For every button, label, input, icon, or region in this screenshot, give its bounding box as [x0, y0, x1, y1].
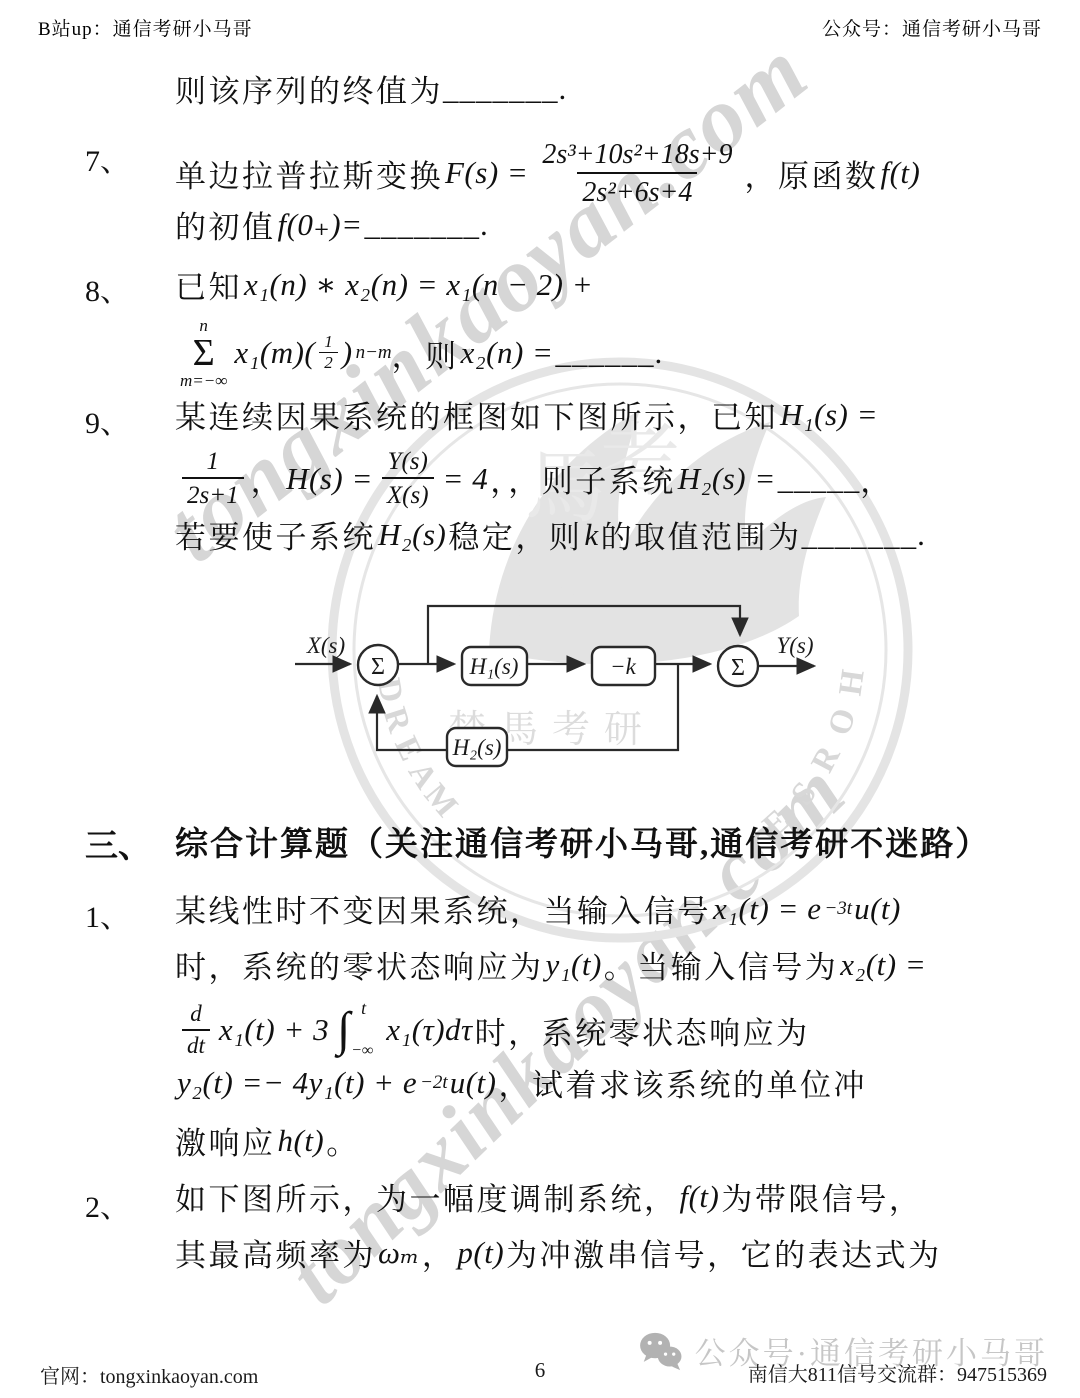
fraction-denominator: 2s+1 [182, 477, 244, 511]
fraction-denominator: X(s) [382, 477, 434, 511]
transfer-fraction: Y(s) X(s) [382, 446, 434, 512]
comma: ， [422, 1230, 456, 1275]
c2-ft: f(t) [680, 1179, 720, 1215]
answer-blank: _______ [443, 71, 559, 107]
c1-l3-integrand: x₁(τ)dτ [386, 1012, 472, 1048]
fraction-numerator: Y(s) [383, 446, 433, 477]
sum-lower-limit: m=−∞ [180, 372, 227, 389]
c2-pt: p(t) [457, 1235, 504, 1271]
q7-l2-lead: 的初值 [175, 202, 276, 247]
exponent-neg2t: −2t [420, 1072, 448, 1094]
comma: ， [251, 456, 285, 501]
close-paren: ) [342, 335, 353, 371]
c1-l1-lead: 某线性时不变因果系统，当输入信号 [175, 886, 711, 931]
answer-blank: _____ [778, 461, 861, 497]
q9-l2-mid: ，，则子系统 [490, 456, 676, 501]
section-title: 综合计算题（关注通信考研小马哥,通信考研不迷路） [175, 818, 990, 865]
c1-l2-mid: 。当输入信号为 [604, 942, 839, 987]
q7-after: ，原函数 [745, 151, 879, 196]
q8-line1: 已知 x₁(n) ∗ x₂(n) = x₁(n − 2) + [175, 262, 595, 307]
exponent-neg3t: −3t [824, 898, 852, 920]
fraction-denominator: dt [182, 1029, 210, 1061]
fraction-numerator: 1 [319, 333, 338, 352]
fraction-denominator: 2s²+6s+4 [577, 172, 697, 210]
c2-line2: 其最高频率为 ωₘ ， p(t) 为冲激串信号，它的表达式为 [175, 1230, 942, 1275]
period: . [654, 335, 664, 371]
c2-l2-lead: 其最高频率为 [175, 1230, 376, 1275]
q9-l3-c: 的取值范围为 [601, 512, 802, 557]
period: . [480, 207, 490, 243]
h2-label: H₂(s) [452, 735, 502, 760]
q8-then: ，则 [392, 331, 459, 376]
q9-k-var: k [584, 517, 598, 553]
c1-l5-lead: 激响应 [175, 1118, 276, 1163]
q9-l3-a: 若要使子系统 [175, 512, 376, 557]
exponent-n-minus-m: n−m [356, 342, 392, 364]
q9-l3-b: 稳定，则 [448, 512, 582, 557]
sigma-right-label: Σ [731, 655, 745, 681]
q7-initial-value: f(0₊)= [278, 207, 363, 243]
sigma-symbol: Σ [193, 334, 215, 372]
answer-blank: _______ [802, 517, 918, 553]
c1-x1t: x₁(t) = e [713, 891, 821, 927]
h1-fraction: 1 2s+1 [182, 446, 244, 512]
c2-l1-tail: 为带限信号， [721, 1174, 922, 1219]
answer-blank: ______ [555, 335, 654, 371]
q7-number: 7、 [85, 136, 130, 180]
c1-x2t: x₂(t) = [840, 947, 926, 983]
c2-number: 2、 [85, 1182, 130, 1226]
integral-lower-limit: −∞ [351, 1042, 373, 1060]
c1-line3: d dt x₁(t) + 3 ∫ t −∞ x₁(τ)dτ 时，系统零状态响应为 [175, 998, 810, 1062]
q9-H1s: H₁(s) = [780, 397, 878, 433]
q7-ft: f(t) [881, 155, 921, 191]
q9-l3-H2s: H₂(s) [378, 517, 446, 553]
c1-l3-tail: 时，系统零状态响应为 [475, 1008, 810, 1053]
input-label: X(s) [306, 633, 345, 658]
intro-line: 则该序列的终值为_______. [175, 66, 569, 111]
summation: n Σ m=−∞ [180, 317, 227, 389]
fraction-numerator: d [185, 1000, 207, 1029]
ddt-fraction: d dt [182, 1000, 210, 1061]
fraction-numerator: 2s³+10s²+18s+9 [537, 137, 737, 172]
c1-l2-lead: 时，系统的零状态响应为 [175, 942, 544, 987]
integral-upper-limit: t [361, 998, 366, 1019]
q9-line2: 1 2s+1 ， H(s) = Y(s) X(s) = 4 ，，则子系统 H₂(… [175, 446, 894, 512]
intro-text: 则该序列的终值为 [175, 66, 443, 111]
q7-fraction: 2s³+10s²+18s+9 2s²+6s+4 [537, 137, 737, 210]
q8-line2: n Σ m=−∞ x₁(m)( 1 2 )n−m ，则 x₂(n) = ____… [175, 316, 665, 390]
q9-Hs: H(s) = [286, 461, 373, 497]
c2-omega-m: ωₘ [378, 1235, 420, 1271]
c1-l4-ut: u(t) [450, 1065, 497, 1101]
q7-Fs: F(s) = [445, 155, 528, 191]
c2-l1-lead: 如下图所示，为一幅度调制系统， [175, 1174, 678, 1219]
period: . [559, 71, 569, 107]
one-half-fraction: 1 2 [319, 333, 338, 372]
c1-line1: 某线性时不变因果系统，当输入信号 x₁(t) = e−3tu(t) [175, 886, 903, 931]
period: . [917, 517, 927, 553]
q7-lead: 单边拉普拉斯变换 [175, 151, 443, 196]
q9-l1-lead: 某连续因果系统的框图如下图所示，已知 [175, 392, 778, 437]
feedback-return-arrow [377, 696, 447, 750]
q9-line1: 某连续因果系统的框图如下图所示，已知 H₁(s) = [175, 392, 880, 437]
negative-k-label: −k [610, 654, 637, 679]
c1-number: 1、 [85, 892, 130, 936]
integral-symbol: ∫ [337, 1003, 350, 1056]
header-left: B站up：通信考研小马哥 [38, 14, 253, 41]
footer-right: 南信大811信号交流群：947515369 [748, 1358, 1047, 1387]
page-number: 6 [535, 1358, 546, 1383]
c1-l4-tail: ，试着求该系统的单位冲 [498, 1060, 867, 1105]
fraction-numerator: 1 [202, 446, 225, 477]
wechat-icon [639, 1331, 683, 1371]
q8-number: 8、 [85, 266, 130, 310]
c1-line4: y₂(t) =− 4y₁(t) + e−2tu(t) ，试着求该系统的单位冲 [175, 1060, 867, 1105]
comma: ， [860, 456, 894, 501]
c2-line1: 如下图所示，为一幅度调制系统， f(t) 为带限信号， [175, 1174, 922, 1219]
q9-line3: 若要使子系统 H₂(s) 稳定，则 k 的取值范围为 _______ . [175, 512, 927, 557]
header-right: 公众号：通信考研小马哥 [822, 14, 1042, 41]
integral: ∫ t −∞ [335, 1006, 380, 1054]
c1-l3-term: x₁(t) + 3 [219, 1012, 329, 1048]
c1-ut: u(t) [854, 891, 901, 927]
q7-line2: 的初值 f(0₊)= _______ . [175, 202, 490, 247]
output-label: Y(s) [776, 633, 813, 658]
exam-page: tongxinkaoyan.com tongxinkaoyan.com 馬 考 … [0, 0, 1080, 1398]
q9-H2s: H₂(s) = [678, 461, 776, 497]
section-number: 三、 [85, 820, 151, 867]
c1-l5-end: 。 [326, 1118, 360, 1163]
c1-line2: 时，系统的零状态响应为 y₁(t) 。当输入信号为 x₂(t) = [175, 942, 928, 987]
footer-left: 官网：tongxinkaoyan.com [40, 1360, 258, 1389]
q8-x2n: x₂(n) = [461, 335, 554, 371]
answer-blank: _______ [365, 207, 481, 243]
q9-eq4: = 4 [443, 461, 489, 497]
q8-convolution: x₁(n) ∗ x₂(n) = x₁(n − 2) + [244, 267, 593, 303]
c1-y2t: y₂(t) =− 4y₁(t) + e [177, 1065, 417, 1101]
q9-number: 9、 [85, 398, 130, 442]
system-block-diagram: X(s) Y(s) Σ Σ H₁(s) −k H₂(s) [270, 585, 840, 800]
c1-y1t: y₁(t) [546, 947, 602, 983]
c1-ht: h(t) [278, 1123, 325, 1159]
section-title-text: 综合计算题（关注通信考研小马哥,通信考研不迷路） [175, 818, 990, 865]
q8-lead: 已知 [175, 262, 242, 307]
fraction-denominator: 2 [319, 352, 338, 373]
h1-label: H₁(s) [469, 654, 519, 679]
sigma-left-label: Σ [371, 654, 385, 680]
c2-l2-tail: 为冲激串信号，它的表达式为 [506, 1230, 942, 1275]
c1-line5: 激响应 h(t) 。 [175, 1118, 360, 1163]
q8-term: x₁(m)( [234, 335, 315, 371]
